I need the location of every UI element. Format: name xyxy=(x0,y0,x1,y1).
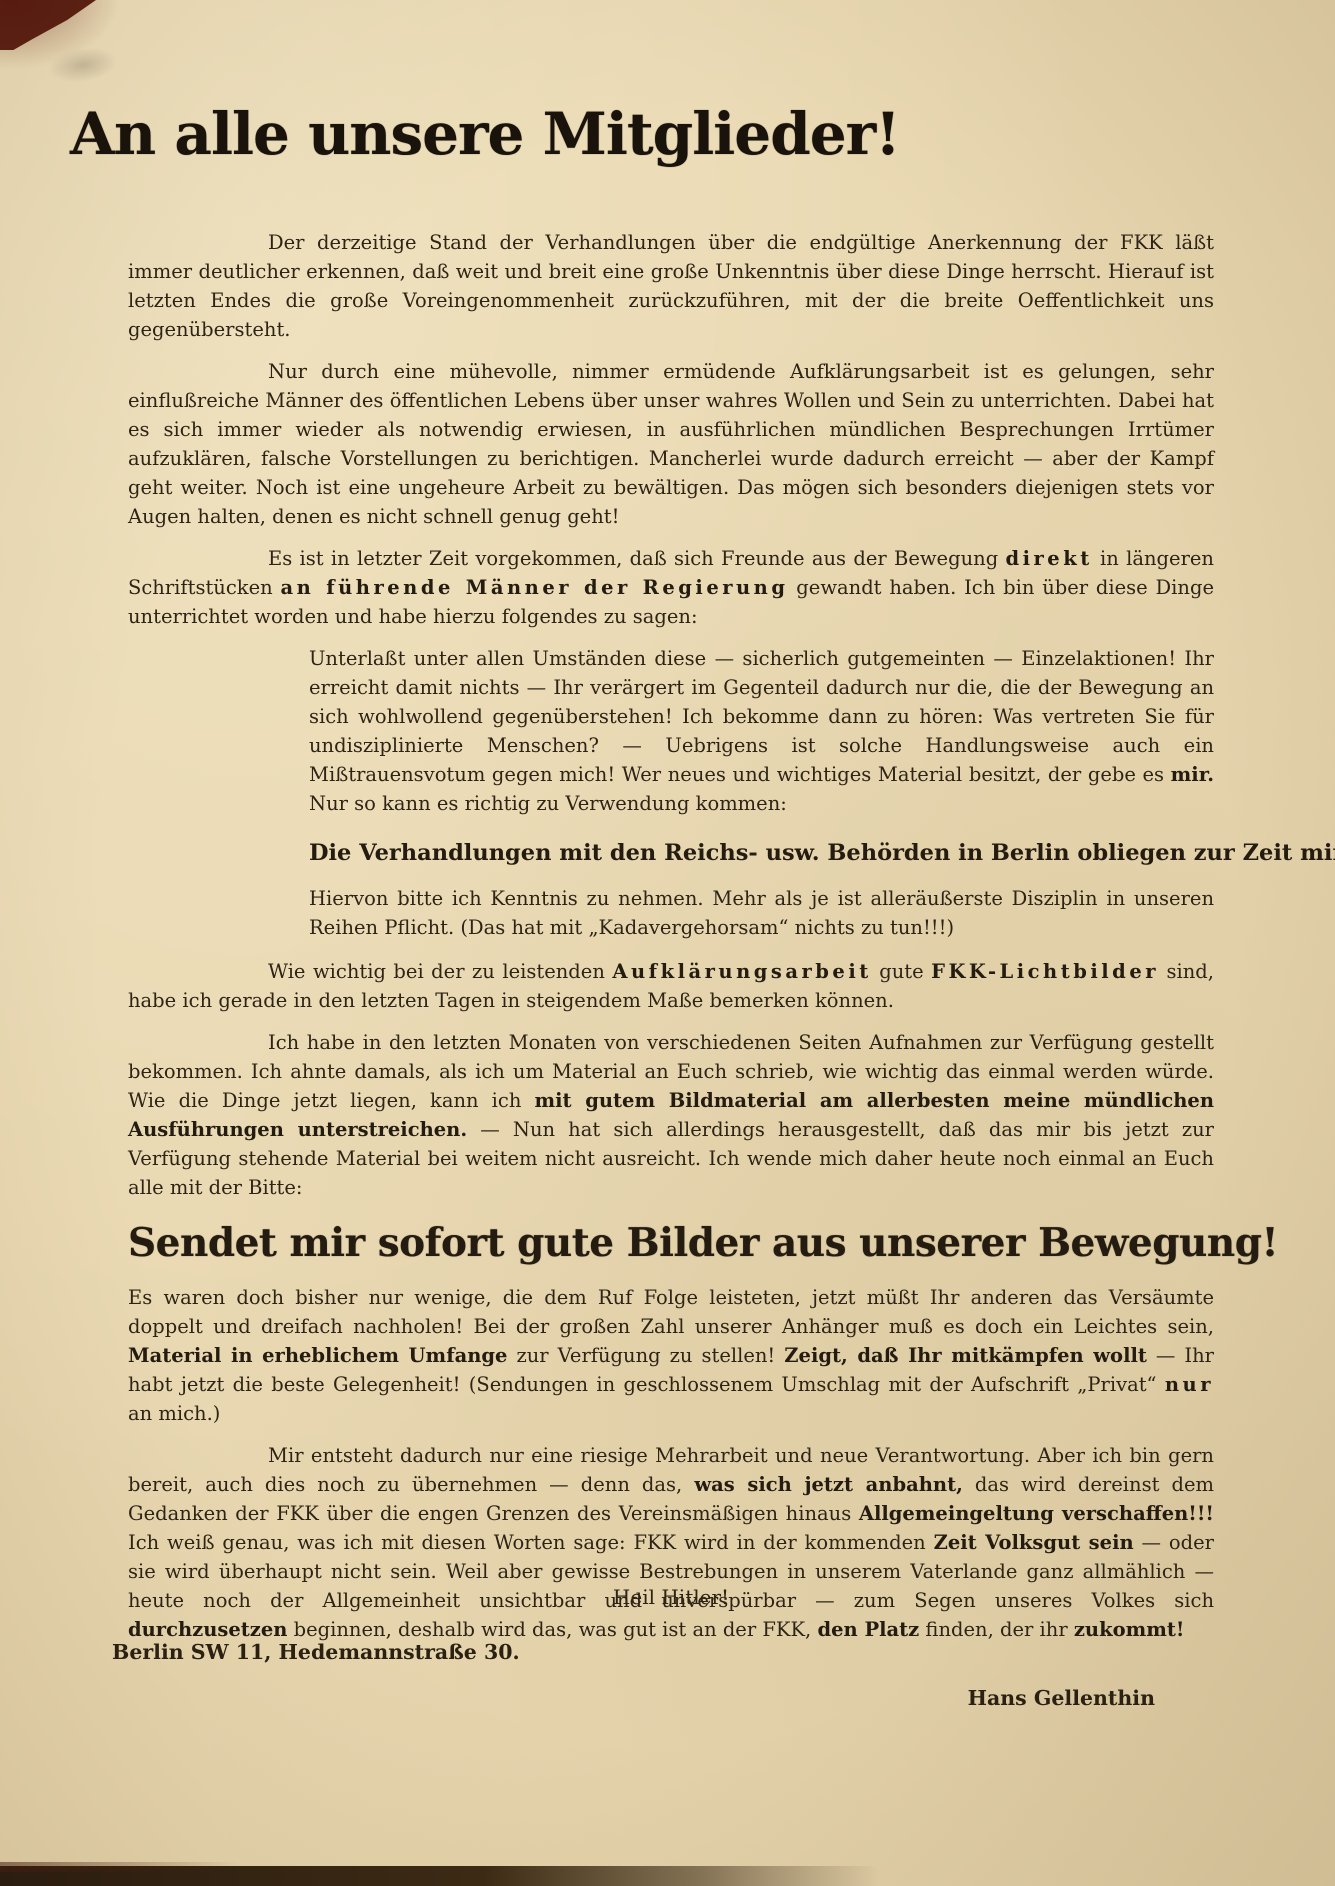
emphasized-text: nur xyxy=(1165,1373,1214,1396)
body-text: Es ist in letzter Zeit vorgekommen, daß … xyxy=(268,547,1005,570)
para: Ich habe in den letzten Monaten von vers… xyxy=(128,1028,1214,1202)
quote: Hiervon bitte ich Kenntnis zu nehmen. Me… xyxy=(309,884,1214,942)
body-text: Ich weiß genau, was ich mit diesen Worte… xyxy=(128,1531,934,1554)
para: Mir entsteht dadurch nur eine riesige Me… xyxy=(128,1441,1214,1644)
emphasized-text: an führende Männer der Regierung xyxy=(281,576,789,599)
body-text: Unterlaßt unter allen Umständen diese — … xyxy=(309,647,1214,786)
para: Es waren doch bisher nur wenige, die dem… xyxy=(128,1283,1214,1428)
emphasized-text: durchzusetzen xyxy=(128,1618,287,1641)
bold-heading: Die Verhandlungen mit den Reichs- usw. B… xyxy=(309,838,1214,868)
closing-salute: Heil Hitler! xyxy=(128,1585,1214,1609)
paper-stain-bottom-secondary xyxy=(0,1862,240,1872)
scanned-letter-page: An alle unsere Mitglieder! Der derzeitig… xyxy=(0,0,1335,1886)
body-text: zur Verfügung zu stellen! xyxy=(507,1344,784,1367)
emphasized-text: mir. xyxy=(1171,763,1214,786)
body-text: Hiervon bitte ich Kenntnis zu nehmen. Me… xyxy=(309,887,1214,939)
emphasized-text: Aufklärungsarbeit xyxy=(612,960,871,983)
emphasized-text: Zeit Volksgut sein xyxy=(934,1531,1134,1554)
body-text: Der derzeitige Stand der Verhandlungen ü… xyxy=(128,231,1214,341)
emphasized-text: zukommt! xyxy=(1074,1618,1185,1641)
para: Der derzeitige Stand der Verhandlungen ü… xyxy=(128,228,1214,344)
emphasized-text: Die Verhandlungen mit den Reichs- usw. B… xyxy=(309,840,1335,866)
display-heading: Sendet mir sofort gute Bilder aus unsere… xyxy=(128,1220,1214,1267)
emphasized-text: Sendet mir sofort gute Bilder aus unsere… xyxy=(128,1220,1278,1266)
body-text: an mich.) xyxy=(128,1402,220,1425)
body-text: finden, der ihr xyxy=(919,1618,1074,1641)
emphasized-text: Material in erheblichem Umfange xyxy=(128,1344,507,1367)
emphasized-text: direkt xyxy=(1005,547,1092,570)
quote: Unterlaßt unter allen Umständen diese — … xyxy=(309,644,1214,818)
body-text: Nur so kann es richtig zu Verwendung kom… xyxy=(309,792,787,815)
document-body: Der derzeitige Stand der Verhandlungen ü… xyxy=(128,228,1214,1657)
footer-signature: Hans Gellenthin xyxy=(968,1686,1155,1710)
emphasized-text: Allgemeingeltung verschaffen!!! xyxy=(859,1502,1214,1525)
body-text: Wie wichtig bei der zu leistenden xyxy=(268,960,612,983)
emphasized-text: was sich jetzt anbahnt, xyxy=(694,1473,963,1496)
para: Es ist in letzter Zeit vorgekommen, daß … xyxy=(128,544,1214,631)
body-text: Nur durch eine mühevolle, nimmer ermüden… xyxy=(128,360,1214,528)
body-text: beginnen, deshalb wird das, was gut ist … xyxy=(287,1618,817,1641)
para: Wie wichtig bei der zu leistenden Aufklä… xyxy=(128,957,1214,1015)
emphasized-text: FKK-Lichtbilder xyxy=(931,960,1159,983)
page-title: An alle unsere Mitglieder! xyxy=(70,100,900,168)
footer-address: Berlin SW 11, Hedemannstraße 30. xyxy=(112,1640,520,1664)
emphasized-text: den Platz xyxy=(817,1618,919,1641)
body-text: Es waren doch bisher nur wenige, die dem… xyxy=(128,1286,1214,1338)
body-text: gute xyxy=(872,960,931,983)
para: Nur durch eine mühevolle, nimmer ermüden… xyxy=(128,357,1214,531)
emphasized-text: Zeigt, daß Ihr mitkämpfen wollt xyxy=(784,1344,1147,1367)
